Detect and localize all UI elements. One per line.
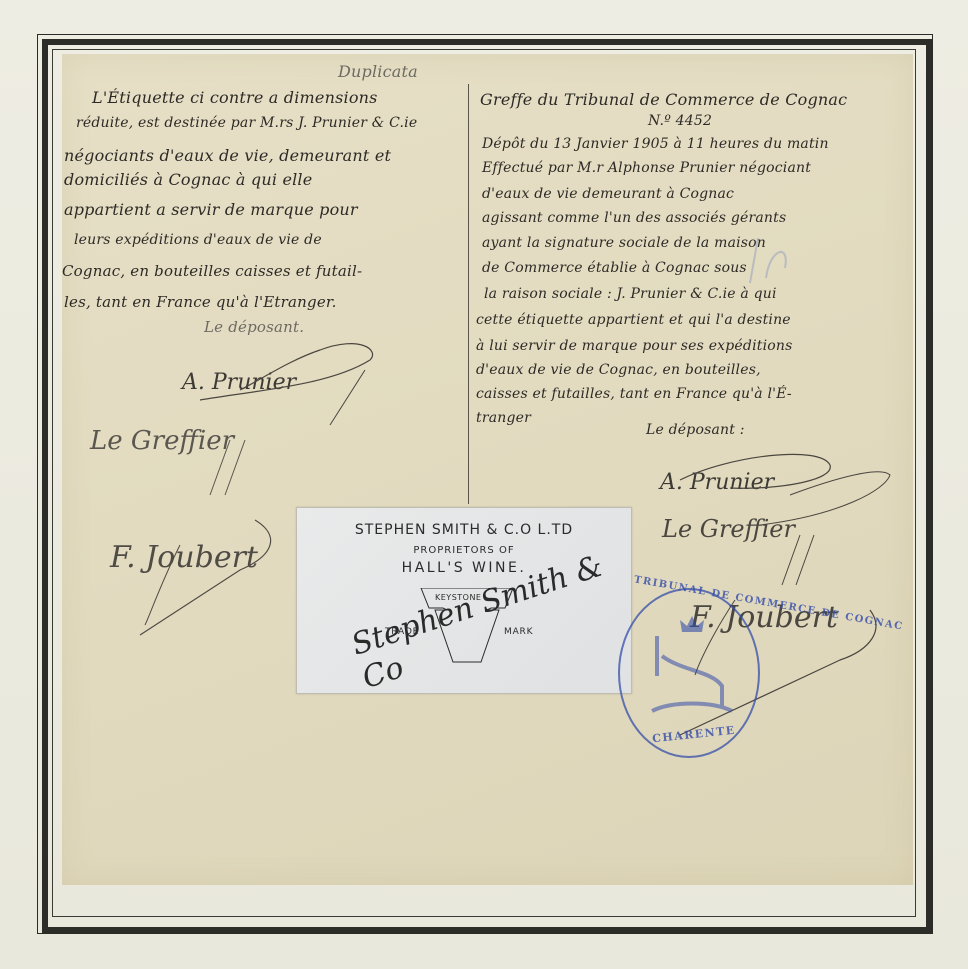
left-line-1: L'Étiquette ci contre a dimensions: [92, 88, 378, 107]
right-line-8: cette étiquette appartient et qui l'a de…: [476, 312, 791, 328]
duplicata-header: Duplicata: [338, 62, 418, 81]
left-deposant-flourish: [180, 330, 400, 430]
registry-number: N.º 4452: [648, 113, 712, 129]
column-divider: [468, 84, 469, 504]
right-line-12: tranger: [476, 410, 531, 426]
right-line-9: à lui servir de marque pour ses expéditi…: [476, 338, 793, 354]
registry-title: Greffe du Tribunal de Commerce de Cognac: [480, 90, 847, 109]
left-line-6: leurs expéditions d'eaux de vie de: [74, 232, 322, 248]
right-line-7: la raison sociale : J. Prunier & C.ie à …: [484, 286, 777, 302]
right-line-1: Dépôt du 13 Janvier 1905 à 11 heures du …: [482, 136, 829, 152]
right-deposant-label: Le déposant :: [646, 422, 745, 438]
right-line-5: ayant la signature sociale de la maison: [482, 235, 766, 251]
blue-pencil-mark: [740, 228, 800, 288]
left-line-2: réduite, est destinée par M.rs J. Prunie…: [76, 115, 417, 131]
right-line-4: agissant comme l'un des associés gérants: [482, 210, 786, 226]
left-greffier-flourish: [200, 430, 310, 500]
left-line-7: Cognac, en bouteilles caisses et futail-: [62, 262, 362, 280]
left-line-8: les, tant en France qu'à l'Etranger.: [64, 293, 337, 311]
right-line-6: de Commerce établie à Cognac sous: [482, 260, 747, 276]
tribunal-seal-stamp: TRIBUNAL DE COMMERCE DE COGNAC CHARENTE: [618, 588, 760, 758]
right-line-3: d'eaux de vie demeurant à Cognac: [482, 186, 734, 202]
right-line-2: Effectué par M.r Alphonse Prunier négoci…: [482, 160, 811, 176]
left-line-3: négociants d'eaux de vie, demeurant et: [64, 146, 391, 165]
label-company-name: STEPHEN SMITH & C.O L.TD: [297, 522, 631, 538]
left-line-4: domiciliés à Cognac à qui elle: [64, 170, 312, 189]
right-line-10: d'eaux de vie de Cognac, en bouteilles,: [476, 362, 761, 378]
right-line-11: caisses et futailles, tant en France qu'…: [476, 386, 792, 402]
left-joubert-flourish: [120, 515, 290, 645]
stamp-bottom-text: CHARENTE: [652, 724, 737, 746]
left-line-5: appartient a servir de marque pour: [64, 200, 358, 219]
stamp-emblem-icon: [642, 616, 737, 726]
stephen-smith-trademark-label: STEPHEN SMITH & C.O L.TD PROPRIETORS OF …: [296, 507, 632, 694]
right-greffier-flourish: [770, 530, 830, 590]
